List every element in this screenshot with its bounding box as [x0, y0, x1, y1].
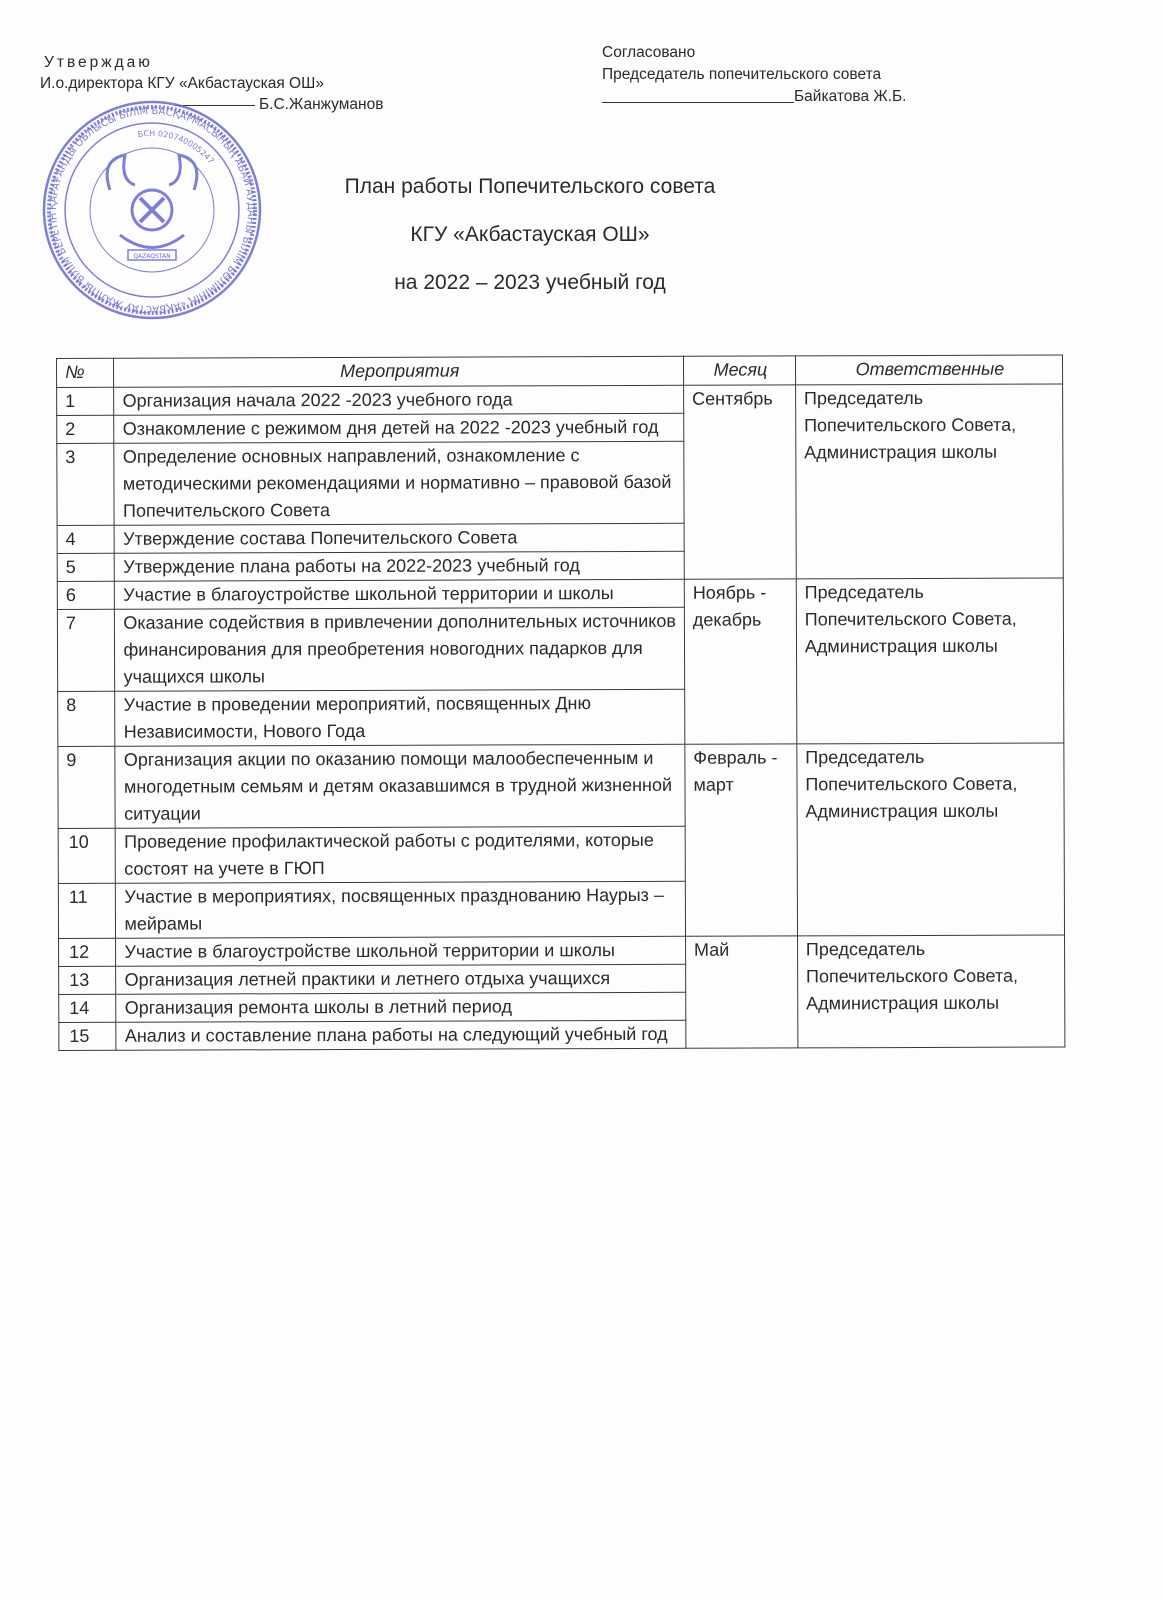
row-number: 4	[57, 525, 115, 553]
svg-text:QAZAQSTAN: QAZAQSTAN	[133, 253, 170, 260]
activity-cell: Утверждение состава Попечительского Сове…	[115, 523, 685, 553]
activity-cell: Организация начала 2022 -2023 учебного г…	[114, 385, 684, 415]
month-cell: Сентябрь	[684, 385, 797, 579]
activity-cell: Проведение профилактической работы с род…	[116, 826, 686, 883]
responsible-cell: Председатель Попечительского Совета, Адм…	[797, 743, 1065, 936]
agreement-name: Байкатова Ж.Б.	[794, 88, 906, 105]
row-number: 7	[57, 609, 115, 691]
header-month: Месяц	[683, 356, 795, 385]
row-number: 9	[58, 746, 116, 828]
responsible-cell: Председатель Попечительского Совета, Адм…	[795, 384, 1063, 579]
header-num: №	[57, 358, 115, 387]
approval-position: И.о.директора КГУ «Акбастауская ОШ»	[40, 73, 383, 94]
month-cell: Февраль - март	[685, 744, 798, 936]
title-line-3: на 2022 – 2023 учебный год	[300, 268, 760, 316]
row-number: 5	[57, 553, 115, 581]
plan-table: № Мероприятия Месяц Ответственные 1Орган…	[56, 354, 1065, 1051]
approval-label: Утверждаю	[40, 52, 383, 73]
table-row: 6Участие в благоустройстве школьной терр…	[57, 578, 1063, 610]
month-cell: Май	[685, 936, 797, 1048]
title-line-1: План работы Попечительского совета	[300, 172, 760, 220]
activity-cell: Организация акции по оказанию помощи мал…	[115, 744, 685, 828]
table-row: 12Участие в благоустройстве школьной тер…	[59, 935, 1065, 967]
header-responsible: Ответственные	[795, 355, 1062, 385]
row-number: 15	[59, 1022, 117, 1050]
signature-line	[602, 102, 794, 103]
activity-cell: Участие в благоустройстве школьной терри…	[115, 579, 685, 609]
agreement-block: Согласовано Председатель попечительского…	[602, 42, 906, 108]
activity-cell: Участие в благоустройстве школьной терри…	[116, 936, 686, 966]
month-cell: Ноябрь - декабрь	[684, 579, 796, 744]
row-number: 8	[58, 691, 116, 746]
official-stamp-icon: ҚАРАҒАНДЫ ОБЛЫСЫ БІЛІМ БАСҚАРМАСЫНЫҢ АБА…	[40, 100, 265, 320]
row-number: 6	[57, 581, 115, 609]
responsible-cell: Председатель Попечительского Совета, Адм…	[796, 578, 1064, 744]
row-number: 3	[57, 443, 115, 525]
document-title: План работы Попечительского совета КГУ «…	[300, 172, 760, 316]
activity-cell: Участие в мероприятиях, посвященных праз…	[116, 881, 686, 938]
activity-cell: Организация ремонта школы в летний перио…	[116, 992, 686, 1022]
row-number: 2	[57, 415, 115, 443]
agreement-position: Председатель попечительского совета	[602, 64, 906, 86]
activity-cell: Определение основных направлений, ознако…	[114, 441, 684, 525]
row-number: 13	[59, 966, 117, 994]
row-number: 14	[59, 994, 117, 1022]
approval-name: Б.С.Жанжуманов	[259, 96, 383, 113]
activity-cell: Организация летней практики и летнего от…	[116, 964, 686, 994]
svg-text:БСН 020740005247: БСН 020740005247	[137, 129, 215, 166]
responsible-cell: Председатель Попечительского Совета, Адм…	[797, 935, 1065, 1048]
table-row: 1Организация начала 2022 -2023 учебного …	[57, 384, 1063, 416]
header-activity: Мероприятия	[114, 356, 684, 387]
row-number: 10	[58, 828, 116, 883]
row-number: 12	[59, 938, 117, 966]
table-header-row: № Мероприятия Месяц Ответственные	[57, 355, 1063, 388]
activity-cell: Анализ и составление плана работы на сле…	[116, 1020, 686, 1050]
title-line-2: КГУ «Акбастауская ОШ»	[300, 220, 760, 268]
activity-cell: Ознакомление с режимом дня детей на 2022…	[114, 413, 684, 443]
agreement-label: Согласовано	[602, 42, 906, 64]
activity-cell: Утверждение плана работы на 2022-2023 уч…	[115, 551, 685, 581]
activity-cell: Участие в проведении мероприятий, посвящ…	[115, 689, 685, 746]
row-number: 11	[58, 883, 116, 938]
row-number: 1	[57, 387, 115, 415]
table-row: 9Организация акции по оказанию помощи ма…	[58, 743, 1064, 829]
activity-cell: Оказание содействия в привлечении дополн…	[115, 607, 685, 691]
